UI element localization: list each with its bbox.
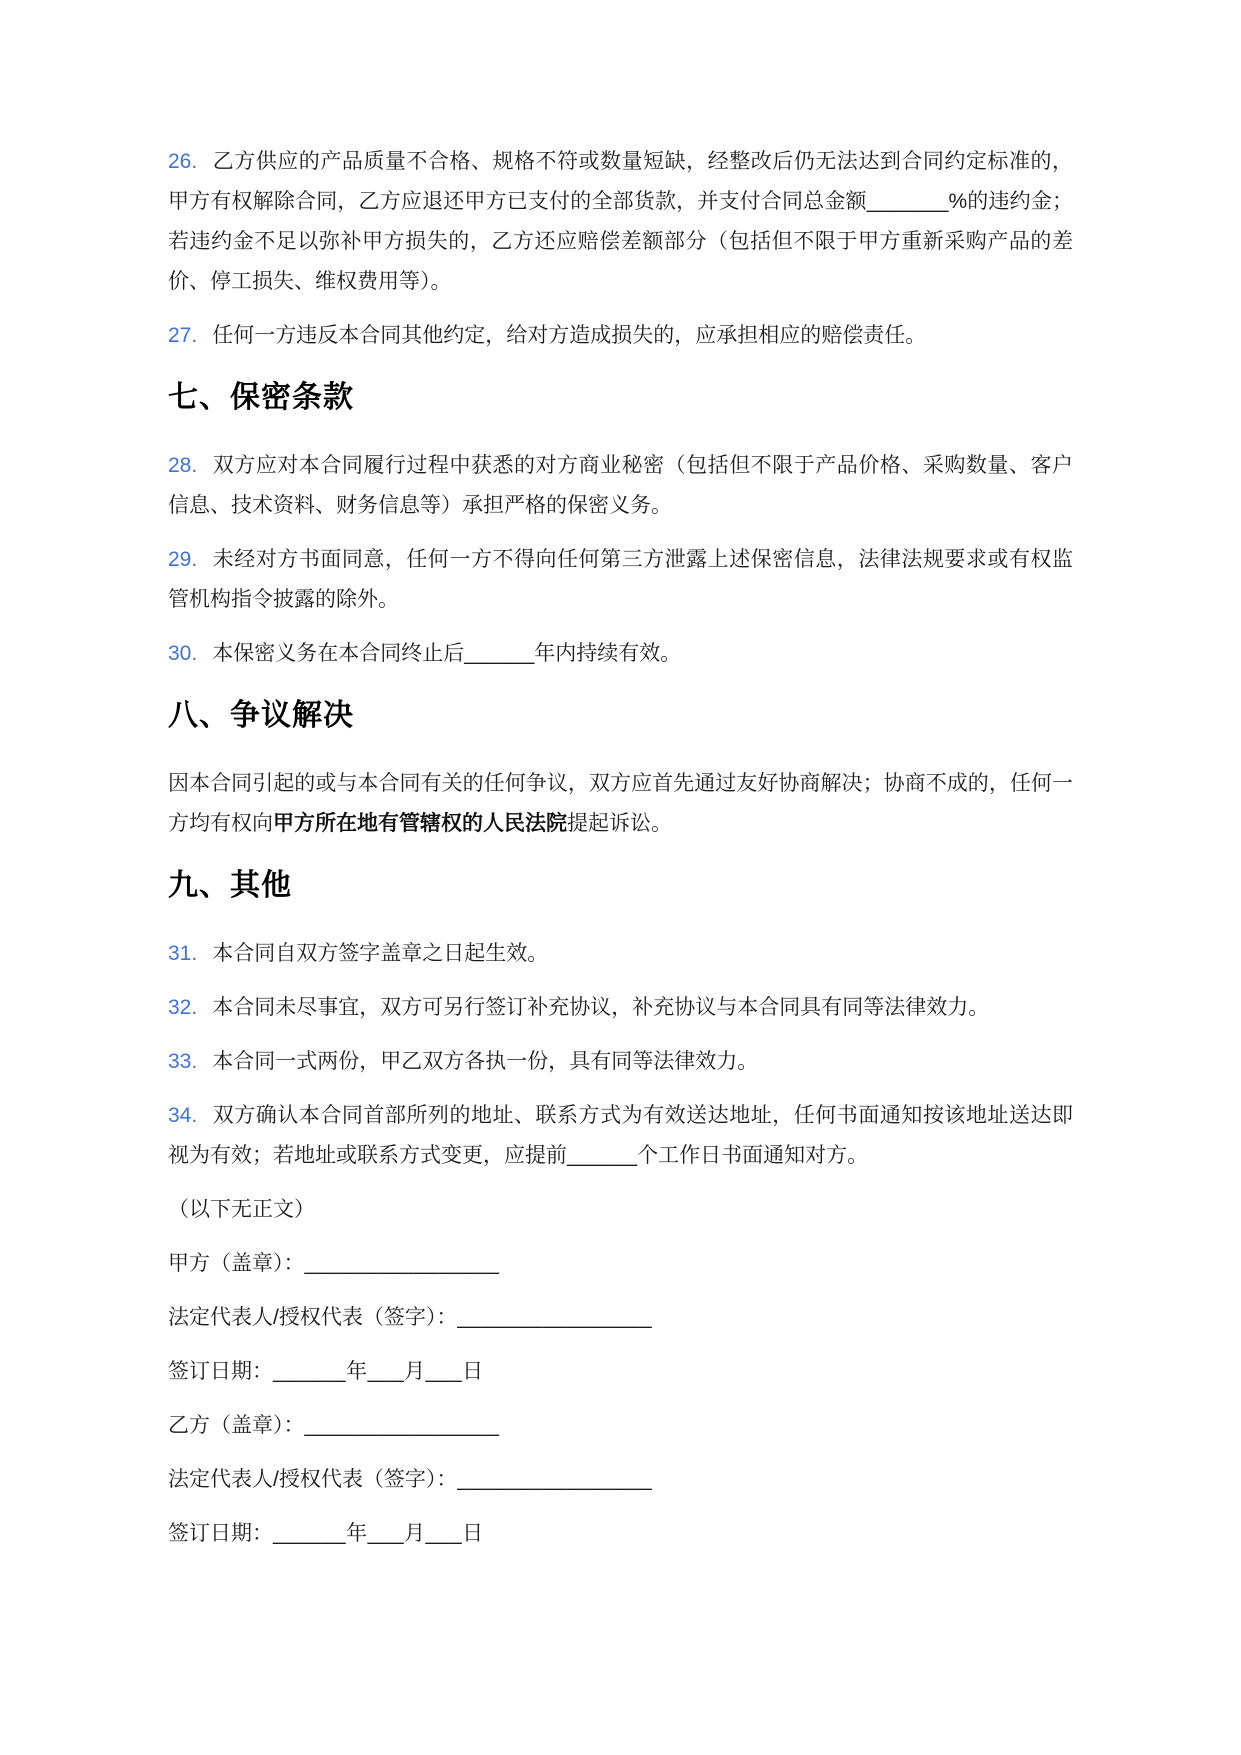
clause-27-text: 任何一方违反本合同其他约定，给对方造成损失的，应承担相应的赔偿责任。 — [212, 324, 926, 347]
clause-32: 32.本合同未尽事宜，双方可另行签订补充协议，补充协议与本合同具有同等法律效力。 — [168, 988, 1073, 1028]
party-b-date-line: 签订日期：______年___月___日 — [168, 1514, 1073, 1554]
clause-30-text: 本保密义务在本合同终止后______年内持续有效。 — [212, 642, 681, 665]
clause-26-text: 乙方供应的产品质量不合格、规格不符或数量短缺，经整改后仍无法达到合同约定标准的，… — [168, 150, 1073, 293]
clause-31-text: 本合同自双方签字盖章之日起生效。 — [212, 942, 548, 965]
party-a-representative-label: 法定代表人/授权代表（签字）： — [168, 1306, 457, 1329]
clause-33-text: 本合同一式两份，甲乙双方各执一份，具有同等法律效力。 — [212, 1050, 758, 1073]
clause-27-number: 27. — [168, 324, 197, 347]
contract-document-page: 26.乙方供应的产品质量不合格、规格不符或数量短缺，经整改后仍无法达到合同约定标… — [0, 0, 1241, 1755]
clause-33-number: 33. — [168, 1050, 197, 1073]
clause-29-text: 未经对方书面同意，任何一方不得向任何第三方泄露上述保密信息，法律法规要求或有权监… — [168, 548, 1073, 611]
clause-31: 31.本合同自双方签字盖章之日起生效。 — [168, 934, 1073, 974]
clause-30: 30.本保密义务在本合同终止后______年内持续有效。 — [168, 634, 1073, 674]
party-b-date-label: 签订日期： — [168, 1522, 273, 1545]
party-a-date-label: 签订日期： — [168, 1360, 273, 1383]
party-a-representative-line: 法定代表人/授权代表（签字）：________________ — [168, 1298, 1073, 1338]
clause-34-number: 34. — [168, 1104, 197, 1127]
party-a-seal-blank: ________________ — [305, 1252, 500, 1275]
section-heading-other: 九、其他 — [168, 868, 1073, 904]
clause-32-number: 32. — [168, 996, 197, 1019]
no-body-note: （以下无正文） — [168, 1190, 1073, 1230]
dispute-paragraph-suffix: 提起诉讼。 — [567, 812, 672, 835]
party-b-representative-line: 法定代表人/授权代表（签字）：________________ — [168, 1460, 1073, 1500]
party-a-seal-line: 甲方（盖章）：________________ — [168, 1244, 1073, 1284]
clause-27: 27.任何一方违反本合同其他约定，给对方造成损失的，应承担相应的赔偿责任。 — [168, 316, 1073, 356]
party-a-date-line: 签订日期：______年___月___日 — [168, 1352, 1073, 1392]
clause-32-text: 本合同未尽事宜，双方可另行签订补充协议，补充协议与本合同具有同等法律效力。 — [212, 996, 989, 1019]
clause-28-number: 28. — [168, 454, 197, 477]
party-a-seal-label: 甲方（盖章）： — [168, 1252, 305, 1275]
clause-34: 34.双方确认本合同首部所列的地址、联系方式为有效送达地址，任何书面通知按该地址… — [168, 1096, 1073, 1176]
dispute-resolution-paragraph: 因本合同引起的或与本合同有关的任何争议，双方应首先通过友好协商解决；协商不成的，… — [168, 764, 1073, 844]
party-a-representative-blank: ________________ — [457, 1306, 652, 1329]
section-heading-dispute: 八、争议解决 — [168, 698, 1073, 734]
party-b-seal-blank: ________________ — [305, 1414, 500, 1437]
party-b-seal-label: 乙方（盖章）： — [168, 1414, 305, 1437]
clause-28: 28.双方应对本合同履行过程中获悉的对方商业秘密（包括但不限于产品价格、采购数量… — [168, 446, 1073, 526]
closing-signature-block: （以下无正文） 甲方（盖章）：________________ 法定代表人/授权… — [168, 1190, 1073, 1554]
party-b-representative-blank: ________________ — [457, 1468, 652, 1491]
clause-30-number: 30. — [168, 642, 197, 665]
dispute-paragraph-court-bold: 甲方所在地有管辖权的人民法院 — [273, 812, 567, 835]
clause-28-text: 双方应对本合同履行过程中获悉的对方商业秘密（包括但不限于产品价格、采购数量、客户… — [168, 454, 1073, 517]
clause-33: 33.本合同一式两份，甲乙双方各执一份，具有同等法律效力。 — [168, 1042, 1073, 1082]
party-b-representative-label: 法定代表人/授权代表（签字）： — [168, 1468, 457, 1491]
party-b-date-blank: ______年___月___日 — [273, 1522, 484, 1545]
party-a-date-blank: ______年___月___日 — [273, 1360, 484, 1383]
clause-26-number: 26. — [168, 150, 197, 173]
clause-26: 26.乙方供应的产品质量不合格、规格不符或数量短缺，经整改后仍无法达到合同约定标… — [168, 142, 1073, 302]
clause-29-number: 29. — [168, 548, 197, 571]
clause-29: 29.未经对方书面同意，任何一方不得向任何第三方泄露上述保密信息，法律法规要求或… — [168, 540, 1073, 620]
party-b-seal-line: 乙方（盖章）：________________ — [168, 1406, 1073, 1446]
section-heading-confidentiality: 七、保密条款 — [168, 380, 1073, 416]
clause-31-number: 31. — [168, 942, 197, 965]
clause-34-text: 双方确认本合同首部所列的地址、联系方式为有效送达地址，任何书面通知按该地址送达即… — [168, 1104, 1073, 1167]
